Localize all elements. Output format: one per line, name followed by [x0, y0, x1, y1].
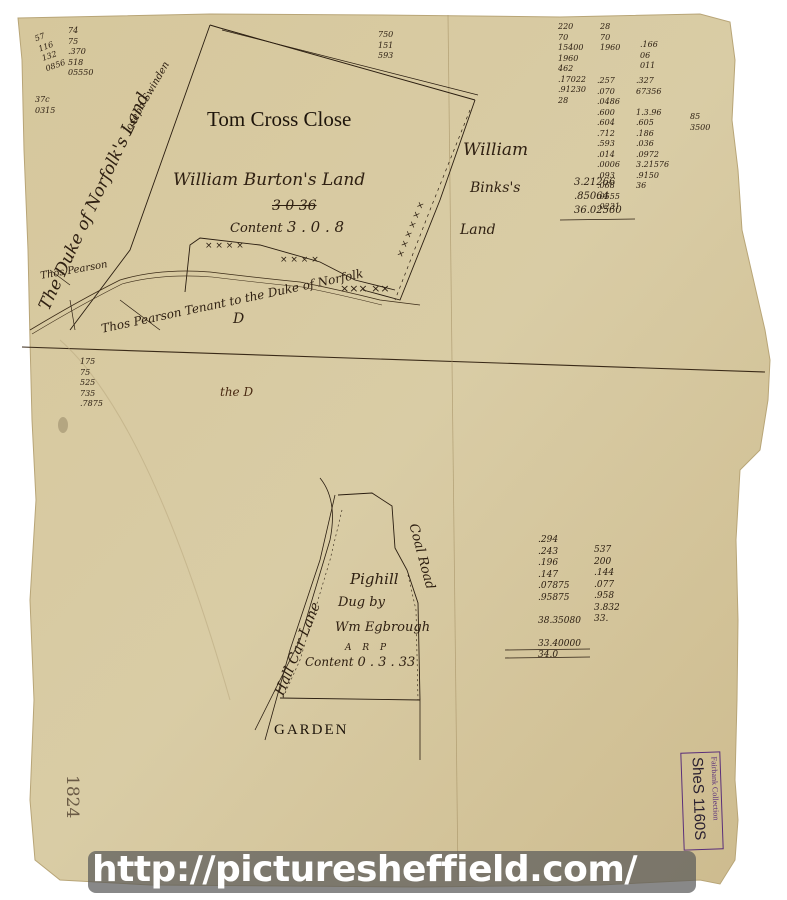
- calc-top-right-d: .327673561.3.96.605.186.036.09723.21576.…: [636, 76, 669, 192]
- owner-label-william-burton: William Burton's Land: [173, 170, 365, 190]
- calc-top-left-c: 37c0315: [35, 95, 55, 116]
- calc-middle-left: 17575525735.7875: [80, 357, 103, 410]
- neighbour-land: Land: [460, 222, 496, 238]
- dug-by-label: Dug by: [338, 595, 385, 610]
- svg-text:× × × ×: × × × ×: [280, 255, 319, 265]
- calc-lower-right-b: 537200.144.077.9583.83233.: [594, 545, 620, 626]
- lower-content-value: 0 . 3 . 33: [357, 655, 415, 670]
- collection-stamp: SheS 1160S Fairbank Collection: [680, 751, 723, 850]
- stamp-collection: Fairbank Collection: [709, 756, 720, 820]
- upper-content-label: Content: [230, 221, 283, 236]
- calc-top-right-f: 853500: [690, 112, 710, 133]
- upper-content-value: 3 . 0 . 8: [287, 218, 344, 236]
- neighbour-william: William: [463, 140, 528, 160]
- calc-top-right-a: 22070154001960462.17022.9123028: [558, 22, 586, 106]
- svg-text:××× ××: ××× ××: [340, 282, 390, 295]
- struck-content-value: 3 0 36: [272, 198, 317, 214]
- watermark-url: http://picturesheffield.com/: [92, 849, 637, 890]
- stamp-reference: SheS 1160S: [688, 757, 708, 841]
- calc-top-left-b: 7475.37051805550: [68, 26, 93, 79]
- calc-top-right-e: .16606011: [640, 40, 658, 72]
- calc-top-right-b: 28701960: [600, 22, 620, 54]
- garden-label: GARDEN: [274, 722, 349, 739]
- lower-content-label: Content: [305, 655, 354, 669]
- lower-content: Content 0 . 3 . 33: [305, 655, 415, 670]
- calc-lower-right-a: .294.243.196.147.07875.9587538.3508033.4…: [538, 535, 581, 662]
- upper-content: Content 3 . 0 . 8: [230, 218, 344, 236]
- mark-d: D: [233, 311, 244, 327]
- calc-top-right-sum: 3.21266.8506436.02560: [574, 176, 622, 218]
- calc-top-center-a: 750151593: [378, 30, 393, 62]
- margin-year: 1824: [62, 775, 82, 818]
- mark-the-d: the D: [220, 385, 253, 399]
- field-name-pighill: Pighill: [350, 570, 399, 588]
- field-title-tom-cross-close: Tom Cross Close: [207, 107, 351, 132]
- neighbour-binks: Binks's: [470, 180, 520, 196]
- units-arp: A R P: [345, 643, 390, 653]
- dug-by-name: Wm Egbrough: [335, 620, 430, 635]
- svg-text:× × × ×: × × × ×: [205, 241, 244, 251]
